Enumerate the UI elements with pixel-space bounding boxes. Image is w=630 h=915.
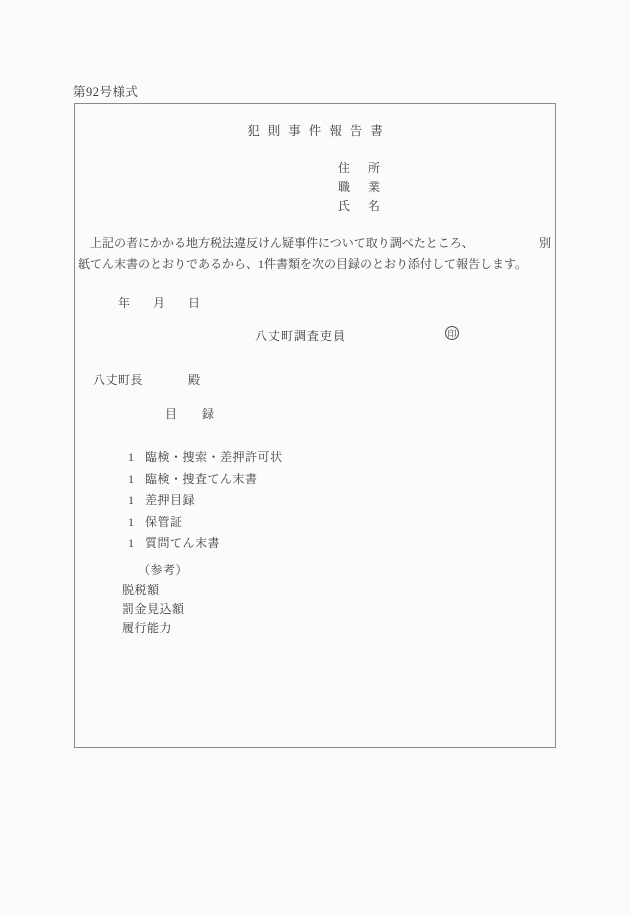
body-line-1-suffix: 別 — [539, 233, 553, 254]
body-line-1-text: 上記の者にかかる地方税法違反けん疑事件について取り調べたところ、 — [78, 233, 474, 254]
catalog-item: 1 臨検・捜索・差押許可状 — [128, 447, 283, 469]
report-title: 犯則事件報告書 — [75, 121, 555, 139]
catalog-item: 1 差押目録 — [128, 490, 283, 512]
report-body: 上記の者にかかる地方税法違反けん疑事件について取り調べたところ、 別 紙てん末書… — [78, 233, 553, 275]
body-line-1: 上記の者にかかる地方税法違反けん疑事件について取り調べたところ、 別 — [78, 233, 553, 254]
catalog-item: 1 臨検・捜査てん末書 — [128, 469, 283, 491]
body-line-2: 紙てん末書のとおりであるから、1件書類を次の目録のとおり添付して報告します。 — [78, 254, 553, 275]
reference-item-ability-to-pay: 履行能力 — [122, 619, 185, 638]
catalog-item-count: 1 — [128, 447, 145, 469]
catalog-item-label: 差押目録 — [145, 490, 195, 512]
reference-item-expected-fine: 罰金見込額 — [122, 600, 185, 619]
catalog-item-count: 1 — [128, 512, 145, 534]
catalog-item-count: 1 — [128, 469, 145, 491]
recipient-honorific: 殿 — [188, 371, 201, 388]
occupation-label: 職業 — [338, 178, 398, 197]
catalog-item-label: 臨検・捜索・差押許可状 — [145, 447, 283, 469]
catalog-item-label: 保管証 — [145, 512, 183, 534]
year-label: 年 — [118, 294, 130, 311]
catalog-item-count: 1 — [128, 490, 145, 512]
reference-items: 脱税額 罰金見込額 履行能力 — [122, 581, 185, 638]
catalog-item-count: 1 — [128, 533, 145, 555]
reference-item-tax-evasion: 脱税額 — [122, 581, 185, 600]
catalog-heading: 目録 — [165, 405, 239, 422]
day-label: 日 — [188, 294, 200, 311]
recipient-name: 八丈町長 — [93, 371, 143, 388]
reference-heading: （参考） — [138, 561, 188, 578]
seal-icon: 印 — [445, 326, 459, 340]
date-line: 年 月 日 — [118, 294, 200, 311]
name-label: 氏名 — [338, 197, 398, 216]
form-number: 第92号様式 — [73, 82, 139, 100]
official-title: 八丈町調査吏員 — [255, 327, 346, 344]
catalog-item-label: 質問てん末書 — [145, 533, 220, 555]
report-frame: 犯則事件報告書 住所 職業 氏名 上記の者にかかる地方税法違反けん疑事件について… — [74, 103, 556, 748]
month-label: 月 — [153, 294, 165, 311]
catalog-list: 1 臨検・捜索・差押許可状 1 臨検・捜査てん末書 1 差押目録 1 保管証 1… — [128, 447, 283, 555]
person-labels: 住所 職業 氏名 — [338, 159, 398, 216]
document-page: { "form": { "form_number": "第92号様式", "ti… — [0, 0, 630, 915]
catalog-item: 1 質問てん末書 — [128, 533, 283, 555]
catalog-item-label: 臨検・捜査てん末書 — [145, 469, 258, 491]
address-label: 住所 — [338, 159, 398, 178]
recipient-line: 八丈町長 殿 — [93, 371, 201, 388]
catalog-item: 1 保管証 — [128, 512, 283, 534]
